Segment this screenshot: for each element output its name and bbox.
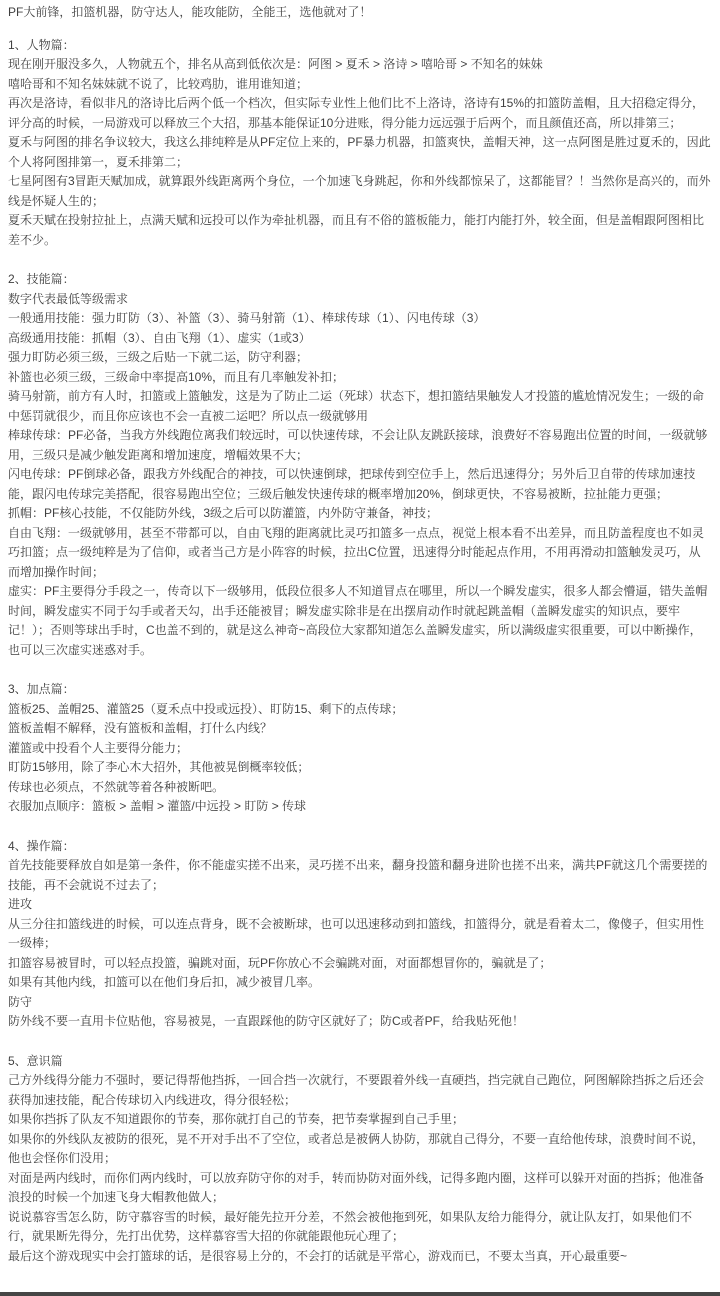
paragraph: 骑马射箭，前方有人时，扣篮或上篮触发，这是为了防止二运（死球）状态下，想扣篮结果… xyxy=(8,387,712,426)
paragraph: 说说慕容雪怎么防，防守慕容雪的时候，最好能先拉开分差，不然会被他拖到死，如果队友… xyxy=(8,1208,712,1247)
paragraph: 强力盯防必须三级，三级之后贴一下就二运，防守利器； xyxy=(8,348,712,368)
section-characters: 1、人物篇： 现在刚开服没多久，人物就五个，排名从高到低依次是：阿图 > 夏禾 … xyxy=(8,36,712,251)
paragraph: 抓帽：PF核心技能，不仅能防外线，3级之后可以防灌篮，内外防守兼备，神技； xyxy=(8,504,712,524)
section-awareness: 5、意识篇 己方外线得分能力不强时，要记得帮他挡拆，一回合挡一次就行，不要跟着外… xyxy=(8,1052,712,1267)
paragraph: 对面是两内线时，而你们两内线时，可以放弃防守你的对手，转而协防对面外线，记得多跑… xyxy=(8,1169,712,1208)
paragraph: 首先技能要释放自如是第一条件，你不能虚实搓不出来，灵巧搓不出来，翻身投篮和翻身进… xyxy=(8,856,712,895)
bottom-edge-divider xyxy=(0,1292,720,1296)
section-stat-points: 3、加点篇： 篮板25、盖帽25、灌篮25（夏禾点中投或远投）、盯防15、剩下的… xyxy=(8,680,712,817)
paragraph: 补篮也必须三级，三级命中率提高10%，而且有几率触发补扣； xyxy=(8,368,712,388)
paragraph: 盯防15够用，除了李心木大招外，其他被晃倒概率较低； xyxy=(8,758,712,778)
paragraph: 嘻哈哥和不知名妹妹就不说了，比较鸡肋，谁用谁知道； xyxy=(8,75,712,95)
paragraph: 闪电传球：PF倒球必备，跟我方外线配合的神技，可以快速倒球，把球传到空位手上，然… xyxy=(8,465,712,504)
paragraph: 传球也必须点，不然就等着各种被断吧。 xyxy=(8,778,712,798)
paragraph: 一般通用技能：强力盯防（3）、补篮（3）、骑马射箭（1）、棒球传球（1）、闪电传… xyxy=(8,309,712,329)
section-title: 4、操作篇： xyxy=(8,837,712,857)
paragraph: 篮板盖帽不解释，没有篮板和盖帽，打什么内线？ xyxy=(8,719,712,739)
paragraph: 篮板25、盖帽25、灌篮25（夏禾点中投或远投）、盯防15、剩下的点传球； xyxy=(8,700,712,720)
paragraph: 从三分往扣篮线进的时候，可以连点背身，既不会被断球，也可以迅速移动到扣篮线，扣篮… xyxy=(8,915,712,954)
section-operations: 4、操作篇： 首先技能要释放自如是第一条件，你不能虚实搓不出来，灵巧搓不出来，翻… xyxy=(8,837,712,1032)
paragraph: 虚实：PF主要得分手段之一，传奇以下一级够用，低段位很多人不知道冒点在哪里，所以… xyxy=(8,582,712,660)
section-title: 1、人物篇： xyxy=(8,36,712,56)
section-title: 5、意识篇 xyxy=(8,1052,712,1072)
paragraph: 灌篮或中投看个人主要得分能力； xyxy=(8,739,712,759)
paragraph: 如果有其他内线，扣篮可以在他们身后扣，减少被冒几率。 xyxy=(8,973,712,993)
paragraph: 现在刚开服没多久，人物就五个，排名从高到低依次是：阿图 > 夏禾 > 洛诗 > … xyxy=(8,55,712,75)
paragraph: 衣服加点顺序：篮板 > 盖帽 > 灌篮/中远投 > 盯防 > 传球 xyxy=(8,797,712,817)
guide-document: PF大前锋，扣篮机器，防守达人，能攻能防，全能王，选他就对了！ 1、人物篇： 现… xyxy=(0,0,720,1296)
paragraph: 夏禾天赋在投射拉扯上，点满天赋和远投可以作为牵扯机器，而且有不俗的篮板能力，能打… xyxy=(8,211,712,250)
paragraph: 己方外线得分能力不强时，要记得帮他挡拆，一回合挡一次就行，不要跟着外线一直硬挡，… xyxy=(8,1071,712,1110)
paragraph: 进攻 xyxy=(8,895,712,915)
intro-line: PF大前锋，扣篮机器，防守达人，能攻能防，全能王，选他就对了！ xyxy=(8,3,712,23)
paragraph: 如果你的外线队友被防的很死，晃不开对手出不了空位，或者总是被俩人协防，那就自己得… xyxy=(8,1130,712,1169)
paragraph: 防外线不要一直用卡位贴他，容易被晃，一直跟踩他的防守区就好了；防C或者PF，给我… xyxy=(8,1012,712,1032)
paragraph: 最后这个游戏现实中会打篮球的话，是很容易上分的，不会打的话就是平常心，游戏而已，… xyxy=(8,1247,712,1267)
paragraph: 扣篮容易被冒时，可以轻点投篮，骗跳对面，玩PF你放心不会骗跳对面，对面都想冒你的… xyxy=(8,954,712,974)
paragraph: 数字代表最低等级需求 xyxy=(8,290,712,310)
paragraph: 高级通用技能：抓帽（3）、自由飞翔（1）、虚实（1或3） xyxy=(8,329,712,349)
paragraph: 夏禾与阿图的排名争议较大，我这么排纯粹是从PF定位上来的，PF暴力机器，扣篮爽快… xyxy=(8,133,712,172)
paragraph: 如果你挡拆了队友不知道跟你的节奏，那你就打自己的节奏，把节奏掌握到自己手里； xyxy=(8,1110,712,1130)
section-skills: 2、技能篇： 数字代表最低等级需求 一般通用技能：强力盯防（3）、补篮（3）、骑… xyxy=(8,270,712,660)
paragraph: 再次是洛诗，看似非凡的洛诗比后两个低一个档次，但实际专业性上他们比不上洛诗，洛诗… xyxy=(8,94,712,133)
paragraph: 防守 xyxy=(8,993,712,1013)
paragraph: 自由飞翔：一级就够用，甚至不带都可以，自由飞翔的距离就比灵巧扣篮多一点点，视觉上… xyxy=(8,524,712,583)
section-title: 2、技能篇： xyxy=(8,270,712,290)
paragraph: 棒球传球：PF必备，当我方外线跑位离我们较远时，可以快速传球，不会让队友跳跃接球… xyxy=(8,426,712,465)
paragraph: 七星阿图有3冒距天赋加成，就算跟外线距离两个身位，一个加速飞身跳起，你和外线都惊… xyxy=(8,172,712,211)
section-title: 3、加点篇： xyxy=(8,680,712,700)
